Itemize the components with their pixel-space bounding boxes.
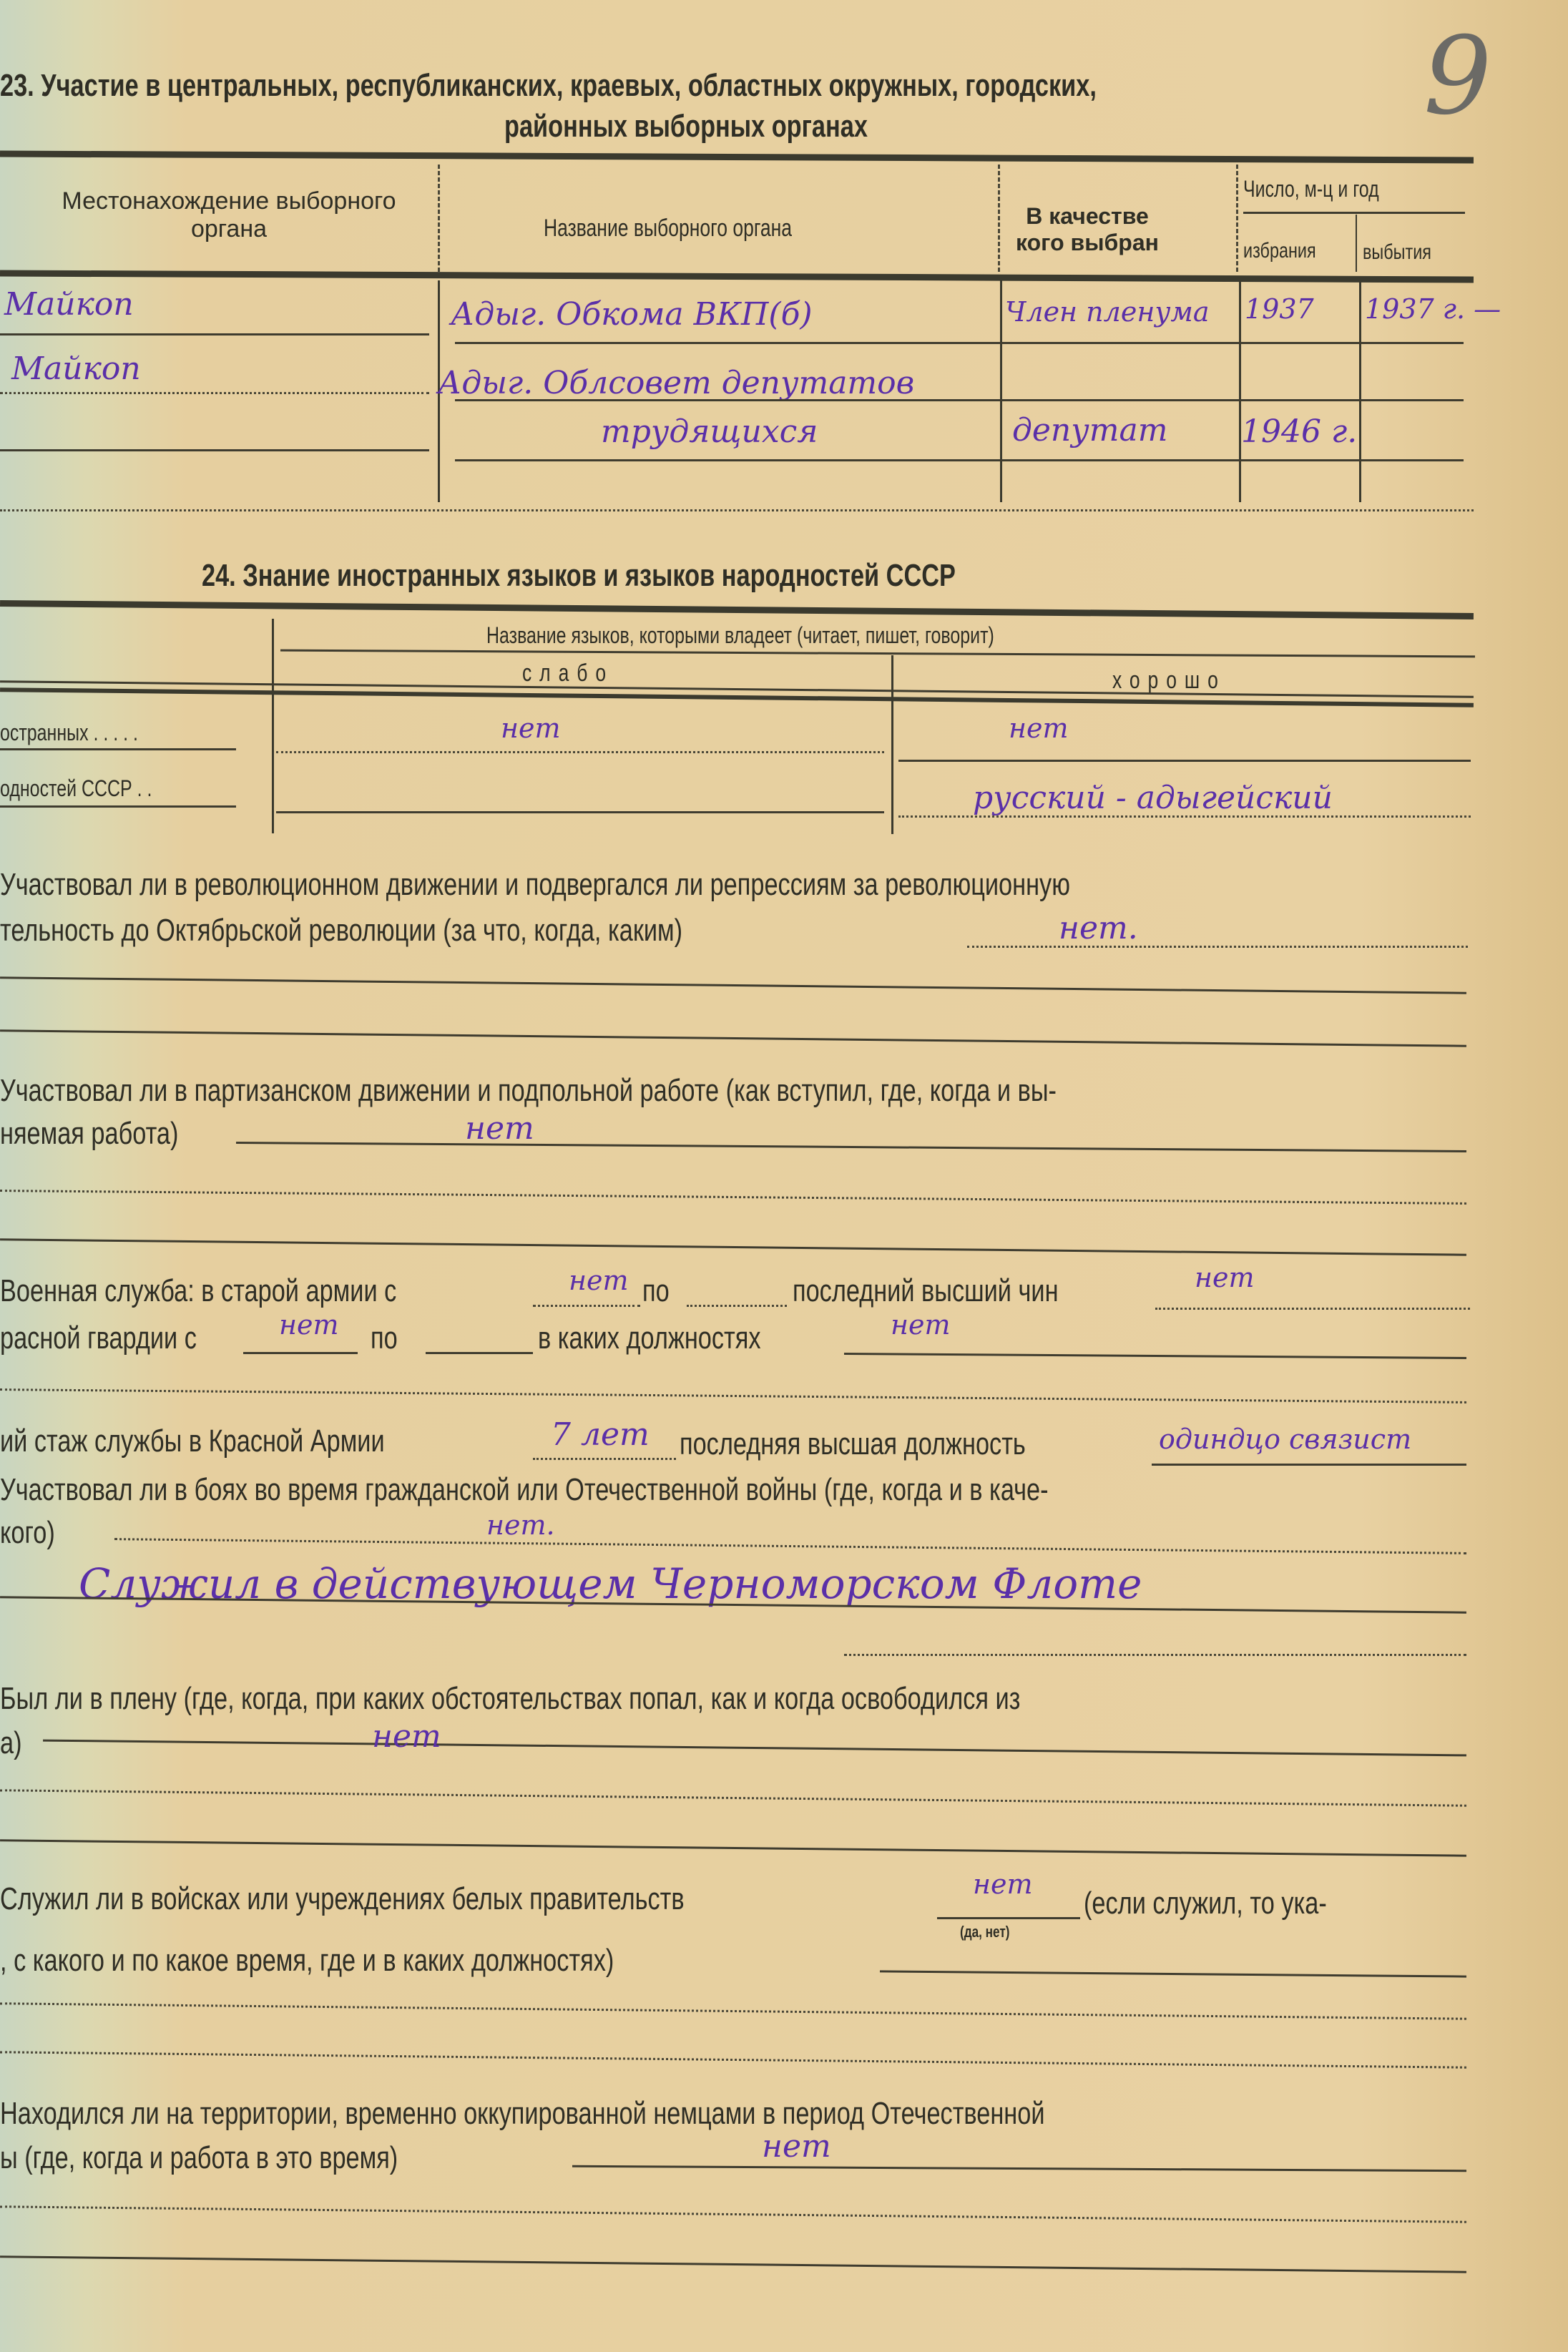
cell-role: Член пленума (1005, 296, 1210, 328)
answer-line (43, 1740, 1466, 1757)
answer-line (0, 1238, 1466, 1255)
lang-weak-value: нет (501, 712, 561, 744)
cell-name: Адыг. Облсовет депутатов (438, 365, 914, 401)
row-line (0, 805, 236, 808)
answer-line (1155, 1308, 1470, 1310)
q27-label-positions: в каких должностях (538, 1320, 761, 1356)
lang-good-value: русский - адыгейский (973, 780, 1333, 816)
answer-line (0, 2051, 1466, 2068)
header-left: выбытия (1363, 240, 1431, 265)
answer-line (0, 1029, 1466, 1047)
answer-line (844, 1654, 1466, 1656)
answer-line (236, 1142, 1466, 1152)
q27-old-army-from: нет (569, 1265, 629, 1296)
answer-line (533, 1305, 640, 1307)
cell-name: трудящихся (601, 413, 818, 450)
column-divider (438, 165, 440, 272)
header-date-group: Число, м-ц и год (1243, 176, 1379, 202)
column-divider (998, 165, 1000, 272)
cell-elected: 1946 г. (1241, 413, 1357, 450)
cell-left: 1937 г. — (1365, 293, 1501, 325)
answer-line (0, 2002, 1466, 2019)
q30-label: Служил ли в войсках или учреждениях белы… (0, 1881, 685, 1917)
q29-line2: а) (0, 1725, 22, 1761)
table-top-border (0, 600, 1474, 619)
cell-elected: 1937 (1245, 293, 1314, 325)
q29-answer: нет (372, 1718, 441, 1755)
q28-line1: Участвовал ли в боях во время гражданско… (0, 1472, 1049, 1508)
q28-note: Служил в действующем Черноморском Флоте (79, 1559, 1142, 1608)
answer-line (1152, 1464, 1466, 1466)
q27-last-position: одиндцо связист (1159, 1424, 1411, 1455)
table-row: Майкоп Адыг. Обкома ВКП(б) Член пленума … (0, 286, 1474, 351)
q27-label-red-army: ий стаж службы в Красной Армии (0, 1424, 385, 1459)
q26-answer: нет (465, 1110, 534, 1147)
row-line (455, 399, 1464, 401)
answer-line (0, 976, 1466, 994)
answer-line (572, 2165, 1466, 2172)
header-elected: избрания (1243, 239, 1316, 263)
table-row: трудящихся депутат 1946 г. (0, 408, 1474, 472)
cell-name: Адыг. Обкома ВКП(б) (451, 296, 813, 333)
table-row: Майкоп Адыг. Облсовет депутатов (0, 351, 1474, 415)
cell-location: Майкоп (4, 286, 134, 323)
q26-line2: няемая работа) (0, 1116, 178, 1152)
lang-col-weak: слабо (522, 660, 614, 687)
row-line (276, 811, 884, 813)
answer-line (114, 1538, 1466, 1554)
row-line (898, 760, 1471, 762)
q25-line1: Участвовал ли в революционном движении и… (0, 867, 1070, 903)
row-line (0, 449, 429, 451)
row-line (455, 459, 1464, 461)
row-line (276, 751, 884, 753)
q27-line2: расной гвардии с нет по в каких должност… (0, 1320, 1474, 1363)
q27-line1: Военная служба: в старой армии с нет по … (0, 1273, 1474, 1316)
q25-line2: тельность до Октябрьской революции (за ч… (0, 913, 682, 949)
answer-line (967, 946, 1468, 948)
q25-answer: нет. (1059, 910, 1138, 946)
header-location: Местонахождение выборного органа (29, 187, 429, 243)
answer-line (533, 1458, 676, 1460)
answer-line (0, 1190, 1466, 1205)
answer-line (844, 1353, 1466, 1359)
row-line (0, 333, 429, 335)
answer-line (426, 1352, 533, 1354)
q26-line1: Участвовал ли в партизанском движении и … (0, 1073, 1057, 1109)
lang-good-value: нет (1009, 712, 1069, 744)
answer-line (880, 1970, 1466, 1977)
q30-line1: Служил ли в войсках или учреждениях белы… (0, 1881, 1474, 1946)
cell-location: Майкоп (11, 351, 141, 387)
lang-header-main: Название языков, которыми владеет (читае… (486, 622, 994, 649)
q27-label-last-position: последняя высшая должность (680, 1426, 1026, 1462)
q31-answer: нет (762, 2128, 831, 2165)
answer-line (0, 1839, 1466, 1856)
lang-col-good: хорошо (1112, 667, 1226, 695)
lang-row-label: остранных . . . . . (0, 720, 138, 746)
column-divider (1356, 215, 1357, 272)
q27-red-guard-from: нет (279, 1309, 339, 1341)
q30-label-cont: (если служил, то ука- (1084, 1886, 1327, 1921)
q30-hint: (да, нет) (960, 1923, 1009, 1941)
answer-line (0, 1388, 1466, 1403)
q27-label-old-army: Военная служба: в старой армии с (0, 1273, 396, 1309)
header-subdivider (280, 650, 1475, 658)
q31-line1: Находился ли на территории, временно окк… (0, 2096, 1045, 2132)
lang-row-label: одностей СССР . . (0, 775, 152, 802)
q27-label-red-guard: расной гвардии с (0, 1320, 197, 1356)
q28-line2: кого) (0, 1515, 55, 1551)
row-line (0, 392, 429, 394)
header-subdivider (1243, 212, 1465, 214)
q27-line3: ий стаж службы в Красной Армии 7 лет пос… (0, 1424, 1474, 1466)
row-line (0, 748, 236, 750)
q30-answer: нет (973, 1868, 1033, 1900)
column-divider (1236, 165, 1238, 272)
table-row: остранных . . . . . нет нет (0, 708, 1474, 765)
answer-line (0, 2205, 1466, 2223)
section-24-title: 24. Знание иностранных языков и языков н… (202, 558, 956, 594)
q30-line2: , с какого и по какое время, где и в как… (0, 1943, 614, 1979)
table-row: одностей СССР . . русский - адыгейский (0, 765, 1474, 830)
answer-line (687, 1305, 787, 1307)
section-23-title-line2: районных выборных органах (504, 109, 868, 144)
q27-positions: нет (891, 1309, 951, 1341)
answer-line (937, 1917, 1080, 1919)
q27-rank: нет (1195, 1262, 1255, 1293)
section-23-table-header: Местонахождение выборного органа Названи… (0, 159, 1474, 273)
row-line (0, 509, 1474, 511)
q28-answer: нет. (486, 1509, 555, 1541)
header-name: Название выборного органа (544, 215, 792, 242)
q27-red-army-years: 7 лет (551, 1416, 650, 1453)
row-line (455, 342, 1464, 344)
answer-line (0, 1789, 1466, 1806)
header-role: В качестве кого выбран (1009, 203, 1166, 256)
row-line (898, 815, 1471, 818)
header-double-line (0, 687, 1474, 707)
q29-line1: Был ли в плену (где, когда, при каких об… (0, 1681, 1020, 1717)
q27-label-to: по (371, 1320, 398, 1356)
q31-line2: ы (где, когда и работа в это время) (0, 2140, 398, 2176)
q27-label-to: по (642, 1273, 670, 1309)
page-number-mark: 9 (1424, 14, 1491, 139)
answer-line (243, 1352, 358, 1354)
section-23-title-line1: 23. Участие в центральных, республиканск… (0, 68, 1097, 104)
answer-line (0, 2255, 1466, 2273)
cell-role: депутат (1012, 412, 1167, 449)
q27-label-rank: последний высший чин (793, 1273, 1059, 1309)
